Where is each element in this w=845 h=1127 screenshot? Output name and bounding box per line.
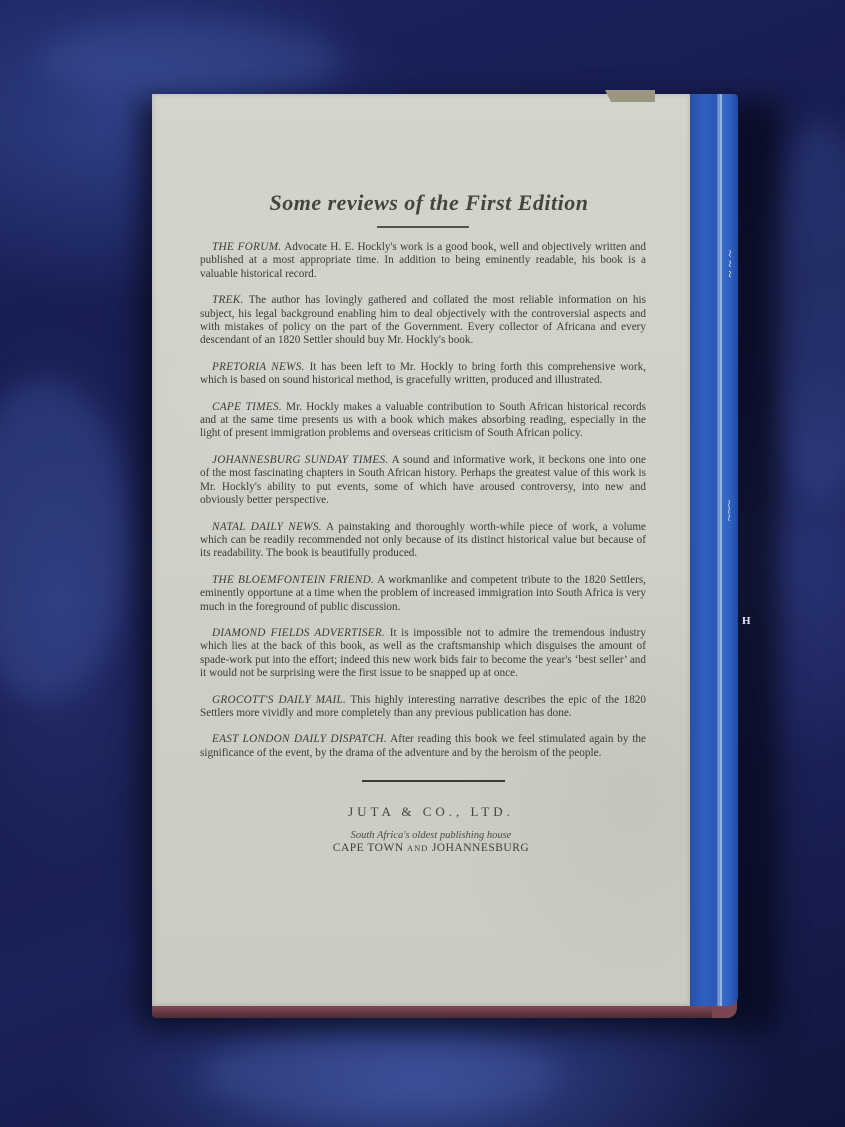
- review-entry: THE BLOEMFONTEIN FRIEND. A workmanlike a…: [200, 574, 646, 614]
- review-entry: THE FORUM. Advocate H. E. Hockly's work …: [200, 241, 646, 281]
- review-entry: TREK. The author has lovingly gathered a…: [200, 294, 646, 348]
- spine-lettering: ~ ~ ~: [722, 250, 738, 278]
- spine-lettering: ~~~: [721, 500, 737, 521]
- review-source: JOHANNESBURG SUNDAY TIMES.: [212, 454, 389, 466]
- review-source: GROCOTT'S DAILY MAIL.: [212, 694, 346, 706]
- publisher-tagline: South Africa's oldest publishing house: [208, 830, 654, 841]
- publisher-cities: CAPE TOWN AND JOHANNESBURG: [208, 842, 654, 854]
- footer-divider: [362, 780, 505, 782]
- jacket-tear: [605, 90, 655, 102]
- review-entry: DIAMOND FIELDS ADVERTISER. It is impossi…: [200, 627, 646, 681]
- review-source: PRETORIA NEWS.: [212, 361, 305, 373]
- review-entry: CAPE TIMES. Mr. Hockly makes a valuable …: [200, 401, 646, 441]
- reviews-heading: Some reviews of the First Edition: [206, 190, 652, 216]
- review-source: TREK.: [212, 294, 244, 306]
- review-source: DIAMOND FIELDS ADVERTISER.: [212, 627, 385, 639]
- review-text: The author has lovingly gathered and col…: [200, 294, 646, 346]
- publisher-name: JUTA & CO., LTD.: [208, 804, 654, 820]
- review-source: CAPE TIMES.: [212, 401, 282, 413]
- review-entry: EAST LONDON DAILY DISPATCH. After readin…: [200, 733, 646, 760]
- review-entry: JOHANNESBURG SUNDAY TIMES. A sound and i…: [200, 454, 646, 508]
- heading-divider: [377, 226, 469, 228]
- review-entry: NATAL DAILY NEWS. A painstaking and thor…: [200, 521, 646, 561]
- fabric-fold: [0, 380, 130, 700]
- review-entry: GROCOTT'S DAILY MAIL. This highly intere…: [200, 694, 646, 721]
- spine-initial: H: [742, 615, 751, 627]
- review-source: THE FORUM.: [212, 241, 281, 253]
- city-cape-town: CAPE TOWN: [333, 842, 404, 854]
- review-source: THE BLOEMFONTEIN FRIEND.: [212, 574, 374, 586]
- fabric-fold: [40, 20, 340, 100]
- spine-fold-line: [720, 94, 722, 1006]
- fabric-fold: [200, 1030, 560, 1120]
- reviews-panel: Some reviews of the First Edition THE FO…: [200, 190, 646, 854]
- dust-jacket-spine: [690, 94, 738, 1006]
- review-source: EAST LONDON DAILY DISPATCH.: [212, 733, 387, 745]
- review-source: NATAL DAILY NEWS.: [212, 521, 322, 533]
- city-conjunction: AND: [407, 843, 428, 853]
- review-entry: PRETORIA NEWS. It has been left to Mr. H…: [200, 361, 646, 388]
- reviews-list: THE FORUM. Advocate H. E. Hockly's work …: [200, 241, 646, 760]
- city-johannesburg: JOHANNESBURG: [432, 842, 529, 854]
